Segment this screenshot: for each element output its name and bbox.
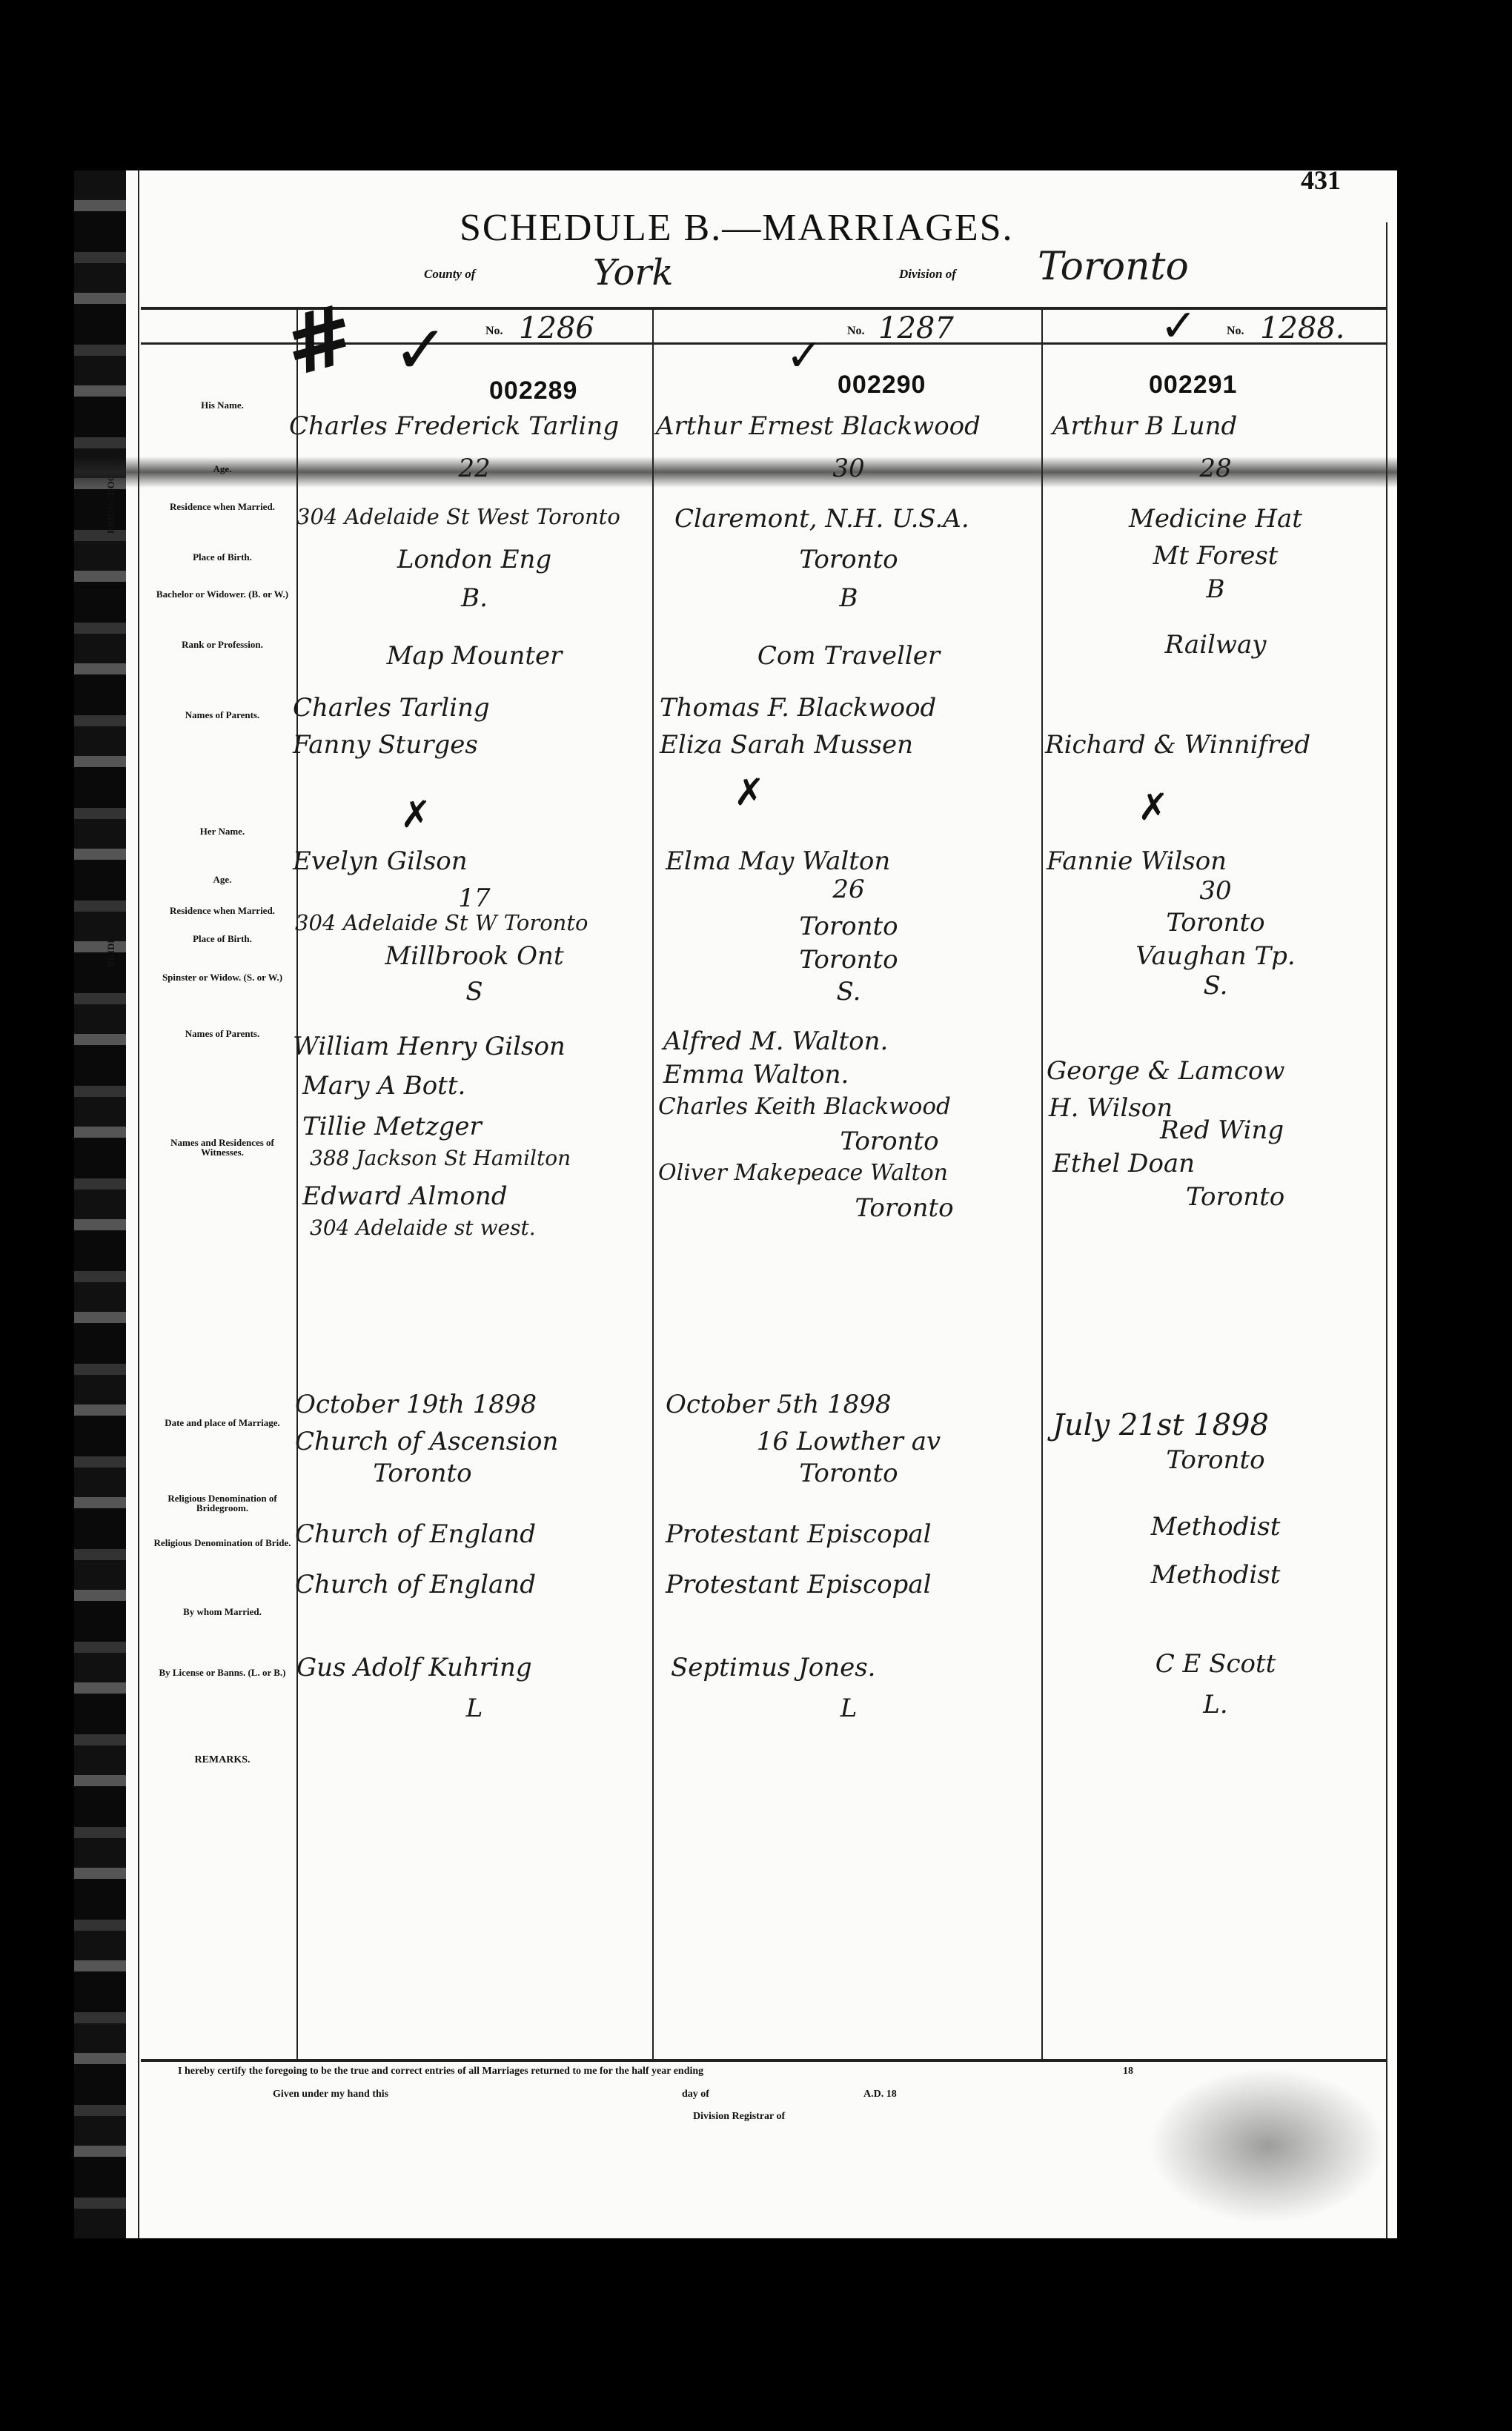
her-residence-1: 304 Adelaide St W Toronto [295,910,651,935]
label-groom-denomination: Religious Denomination of Bridegroom. [148,1493,296,1513]
her-name-1: Evelyn Gilson [293,846,649,876]
label-profession: Rank or Profession. [148,640,296,649]
label-his-age: Age. [148,464,296,474]
given-under-hand-text: Given under my hand this [273,2089,388,2100]
witness-2b-residence: Toronto [712,1193,1097,1223]
her-parent-father-2: Alfred M. Walton. [663,1027,1049,1056]
his-name-3: Arthur B Lund [1052,411,1401,441]
bride-denomination-2: Protestant Episcopal [666,1570,1051,1599]
witness-1b: Edward Almond [302,1181,658,1211]
division-label: Division of [899,267,956,282]
certification-year-prefix: 18 [1123,2066,1133,2077]
her-residence-2: Toronto [656,912,1041,941]
his-parent-father-2: Thomas F. Blackwood [660,693,1045,723]
document-title: SCHEDULE B.—MARRIAGES. [460,206,1014,250]
marriage-city-2: Toronto [656,1459,1041,1488]
witness-3a-residence: Red Wing [1160,1115,1508,1145]
label-bachelor-widower: Bachelor or Widower. (B. or W.) [148,589,296,599]
marriage-date-3: July 21st 1898 [1052,1408,1401,1442]
officiant-2: Septimus Jones. [671,1653,1056,1682]
label-her-name: Her Name. [148,826,296,836]
her-birthplace-1: Millbrook Ont [296,941,652,971]
his-parent-mother-1: Fanny Sturges [293,730,649,760]
label-her-birthplace: Place of Birth. [148,934,296,943]
division-registrar-text: Division Registrar of [693,2111,785,2123]
her-parent-mother-2: Emma Walton. [663,1060,1049,1090]
check-mark-icon: ✓ [393,311,448,389]
label-license-banns: By License or Banns. (L. or B.) [148,1668,296,1677]
groom-denomination-2: Protestant Episcopal [666,1519,1051,1549]
witness-2a-residence: Toronto [697,1127,1082,1156]
bride-side-label: BRIDE. [105,935,117,967]
his-parent-mother-2: Eliza Sarah Mussen [660,730,1045,760]
marriage-city-3: Toronto [1041,1445,1390,1475]
officiant-1: Gus Adolf Kuhring [296,1653,652,1682]
license-banns-1: L [296,1694,652,1723]
her-parents-3: George & Lamcow [1047,1056,1395,1086]
her-birthplace-2: Toronto [656,945,1041,975]
his-name-1: Charles Frederick Tarling [289,411,645,441]
her-residence-3: Toronto [1041,908,1390,938]
cross-mark-icon: ✗ [1138,786,1169,829]
label-officiant: By whom Married. [148,1607,296,1616]
county-label: County of [424,267,475,282]
profession-2: Com Traveller [656,641,1041,671]
register-stamp-3: 002291 [1149,371,1237,399]
officiant-3: C E Scott [1041,1649,1390,1679]
entry-number-3: 1288. [1260,311,1345,345]
his-parents-3: Richard & Winnifred [1045,730,1393,760]
her-parent-mother-1: Mary A Bott. [302,1071,658,1101]
his-residence-2: Claremont, N.H. U.S.A. [674,504,1060,534]
county-value: York [593,252,673,293]
label-his-name: His Name. [148,400,296,410]
label-date-place: Date and place of Marriage. [148,1418,296,1427]
division-value: Toronto [1038,245,1189,289]
his-age-2: 30 [656,454,1041,483]
his-age-1: 22 [296,454,652,483]
certification-text: I hereby certify the foregoing to be the… [178,2066,703,2077]
check-mark-icon: ✓ [1160,300,1197,352]
bachelor-widower-3: B [1041,574,1390,604]
entry-number-1: 1286 [519,311,594,345]
profession-1: Map Mounter [296,641,652,671]
entry-number-2: 1287 [878,311,954,345]
his-birthplace-1: London Eng [296,545,652,574]
his-parent-father-1: Charles Tarling [293,693,649,723]
his-birthplace-2: Toronto [656,545,1041,574]
spinster-widow-2: S. [656,977,1041,1006]
paper-stain [1149,2068,1386,2223]
witness-2a: Charles Keith Blackwood [658,1093,1044,1120]
no-label-1: No. [485,325,503,338]
spinster-widow-1: S [296,977,652,1006]
no-label-2: No. [847,325,865,338]
license-banns-2: L [656,1694,1041,1723]
label-remarks: REMARKS. [148,1755,296,1765]
label-bride-denomination: Religious Denomination of Bride. [148,1538,296,1548]
day-of-text: day of [682,2089,709,2100]
label-her-age: Age. [148,875,296,884]
witness-1b-residence: 304 Adelaide st west. [310,1215,666,1240]
label-her-parents: Names of Parents. [148,1029,296,1038]
his-age-3: 28 [1041,454,1390,483]
groom-denomination-3: Methodist [1041,1512,1390,1542]
label-witnesses: Names and Residences of Witnesses. [148,1138,296,1157]
register-stamp-2: 002290 [838,371,926,399]
check-mark-icon: ✓ [786,330,823,382]
witness-3b: Ethel Doan [1052,1149,1401,1178]
witness-3b-residence: Toronto [1186,1182,1512,1212]
page-number: 431 [1301,165,1341,196]
her-age-3: 30 [1041,876,1390,906]
her-age-2: 26 [656,875,1041,904]
marriage-date-2: October 5th 1898 [666,1390,1051,1419]
his-residence-3: Medicine Hat [1041,504,1390,534]
marriage-place-2: 16 Lowther av [656,1427,1041,1456]
bachelor-widower-2: B [656,583,1041,613]
bachelor-widower-1: B. [296,583,652,613]
bride-denomination-3: Methodist [1041,1560,1390,1590]
cross-mark-icon: ✗ [734,771,765,814]
marriage-city-1: Toronto [245,1459,600,1488]
bride-denomination-1: Church of England [295,1570,651,1599]
his-residence-1: 304 Adelaide St West Toronto [296,504,652,529]
label-her-residence: Residence when Married. [148,906,296,915]
his-birthplace-3: Mt Forest [1041,541,1390,571]
marriage-place-1: Church of Ascension [295,1427,651,1456]
profession-3: Railway [1041,630,1390,660]
witness-1a-residence: 388 Jackson St Hamilton [310,1146,666,1170]
groom-denomination-1: Church of England [295,1519,651,1549]
witness-1a: Tillie Metzger [302,1112,658,1141]
cross-mark-icon: ✗ [400,793,431,836]
license-banns-3: L. [1041,1690,1390,1719]
witness-2b: Oliver Makepeace Walton [658,1160,1044,1186]
marriage-date-1: October 19th 1898 [295,1390,651,1419]
her-birthplace-3: Vaughan Tp. [1041,941,1390,971]
label-his-parents: Names of Parents. [148,710,296,720]
spinster-widow-3: S. [1041,971,1390,1001]
her-age-1: 17 [296,883,652,913]
her-name-2: Elma May Walton [666,846,1051,876]
label-spinster-widow: Spinster or Widow. (S. or W.) [148,972,296,982]
label-his-birthplace: Place of Birth. [148,552,296,562]
label-his-residence: Residence when Married. [148,502,296,511]
ad-year-text: A.D. 18 [863,2089,897,2100]
register-stamp-1: 002289 [489,377,577,405]
his-name-2: Arthur Ernest Blackwood [656,411,1041,441]
her-parent-father-1: William Henry Gilson [293,1032,649,1061]
table-bottom-rule [141,2059,1386,2062]
no-label-3: No. [1227,325,1244,338]
her-name-3: Fannie Wilson [1047,846,1395,876]
